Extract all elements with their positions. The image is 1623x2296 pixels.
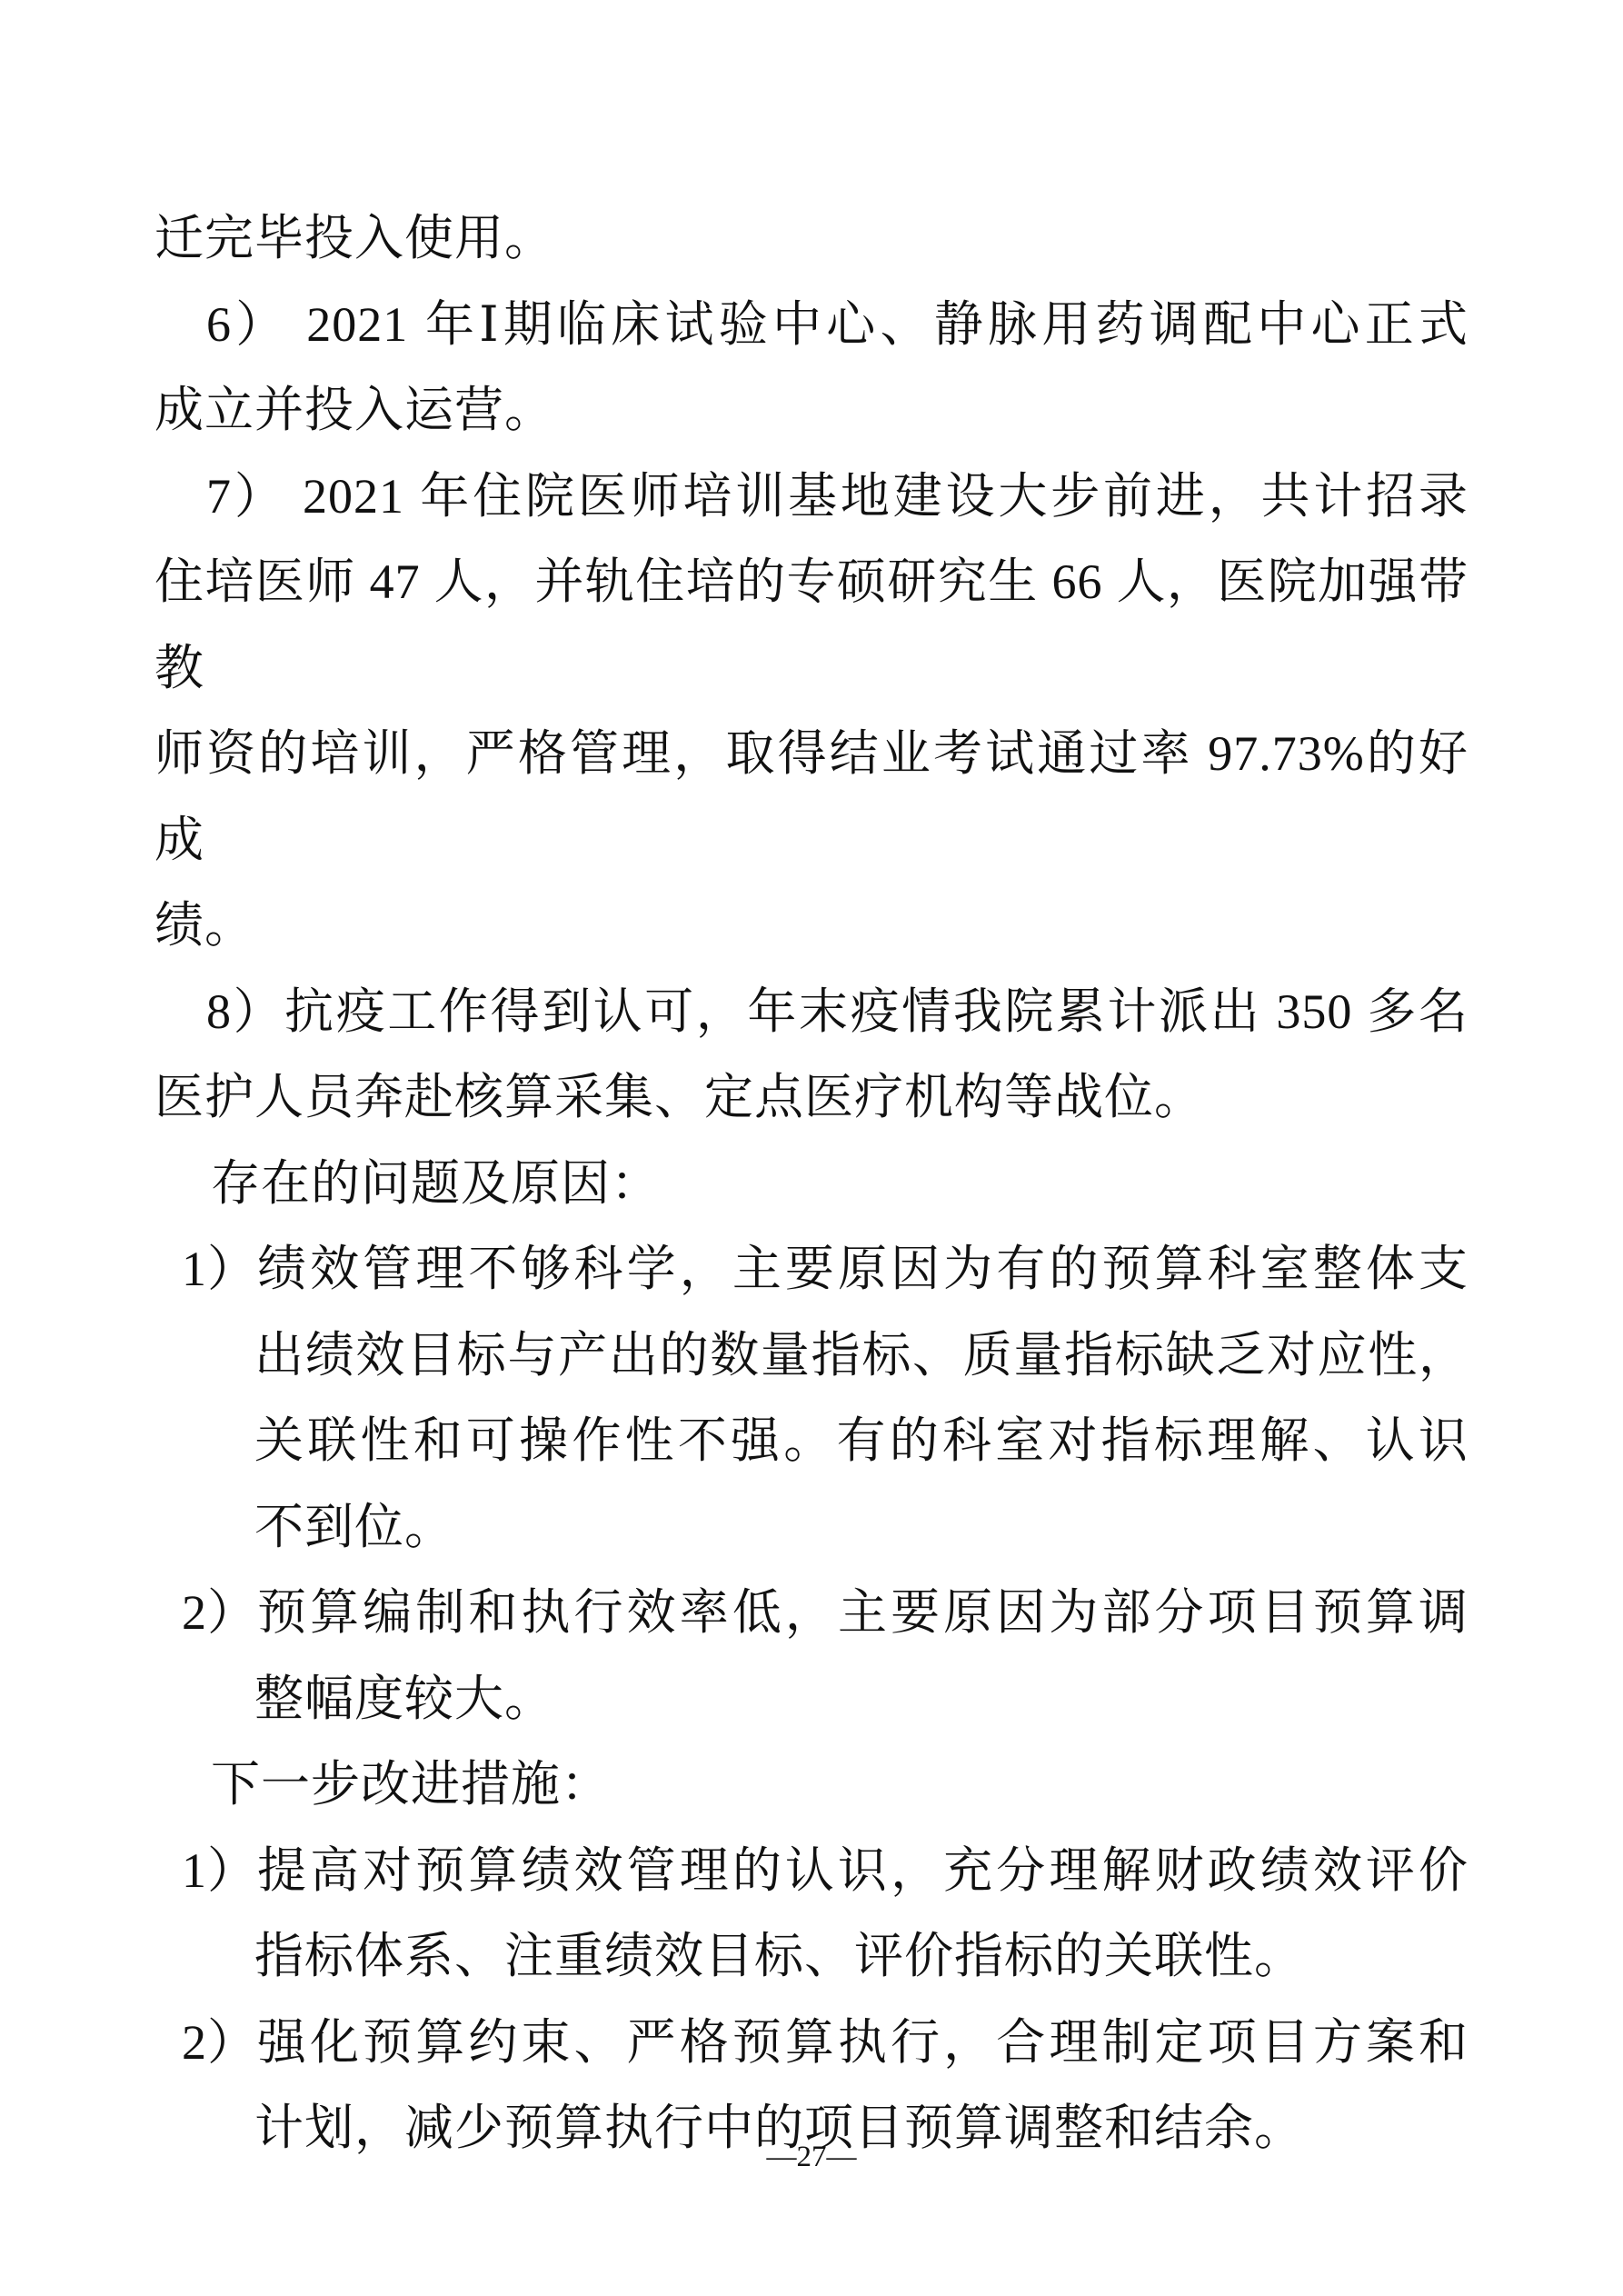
- document-page: 迁完毕投入使用。 6） 2021 年Ⅰ期临床试验中心、静脉用药调配中心正式 成立…: [0, 0, 1623, 2296]
- text-line: 成立并投入运营。: [154, 367, 1469, 454]
- list-item-line: 1） 绩效管理不够科学，主要原因为有的预算科室整体支: [154, 1226, 1469, 1313]
- text-line: 整幅度较大。: [154, 1656, 1469, 1742]
- list-number: 1）: [182, 1226, 257, 1313]
- list-text: 预算编制和执行效率低，主要原因为部分项目预算调: [257, 1570, 1469, 1656]
- list-item-line: 2） 预算编制和执行效率低，主要原因为部分项目预算调: [154, 1570, 1469, 1656]
- text-line: 8）抗疫工作得到认可，年末疫情我院累计派出 350 多名: [154, 969, 1469, 1055]
- list-number: 2）: [182, 1570, 257, 1656]
- section-heading: 下一步改进措施：: [154, 1742, 1469, 1828]
- document-body: 迁完毕投入使用。 6） 2021 年Ⅰ期临床试验中心、静脉用药调配中心正式 成立…: [154, 195, 1469, 2171]
- list-text: 提高对预算绩效管理的认识，充分理解财政绩效评价: [257, 1828, 1469, 1914]
- list-number: 1）: [182, 1828, 257, 1914]
- text-line: 关联性和可操作性不强。有的科室对指标理解、认识: [154, 1398, 1469, 1484]
- page-number: —27—: [0, 2138, 1623, 2176]
- text-line: 7） 2021 年住院医师培训基地建设大步前进，共计招录: [154, 454, 1469, 540]
- text-line: 迁完毕投入使用。: [154, 195, 1469, 282]
- list-item-line: 2） 强化预算约束、严格预算执行，合理制定项目方案和: [154, 2000, 1469, 2086]
- list-text: 绩效管理不够科学，主要原因为有的预算科室整体支: [257, 1226, 1469, 1313]
- text-line: 绩。: [154, 883, 1469, 969]
- text-line: 6） 2021 年Ⅰ期临床试验中心、静脉用药调配中心正式: [154, 282, 1469, 368]
- section-heading: 存在的问题及原因：: [154, 1141, 1469, 1227]
- list-text: 强化预算约束、严格预算执行，合理制定项目方案和: [257, 2000, 1469, 2086]
- text-line: 出绩效目标与产出的数量指标、质量指标缺乏对应性，: [154, 1313, 1469, 1399]
- text-line: 住培医师 47 人，并轨住培的专硕研究生 66 人，医院加强带教: [154, 539, 1469, 711]
- list-number: 2）: [182, 2000, 257, 2086]
- text-line: 不到位。: [154, 1484, 1469, 1571]
- list-item-line: 1） 提高对预算绩效管理的认识，充分理解财政绩效评价: [154, 1828, 1469, 1914]
- text-line: 医护人员奔赴核算采集、定点医疗机构等战位。: [154, 1054, 1469, 1141]
- text-line: 指标体系、注重绩效目标、评价指标的关联性。: [154, 1913, 1469, 2000]
- text-line: 师资的培训，严格管理，取得结业考试通过率 97.73%的好成: [154, 711, 1469, 883]
